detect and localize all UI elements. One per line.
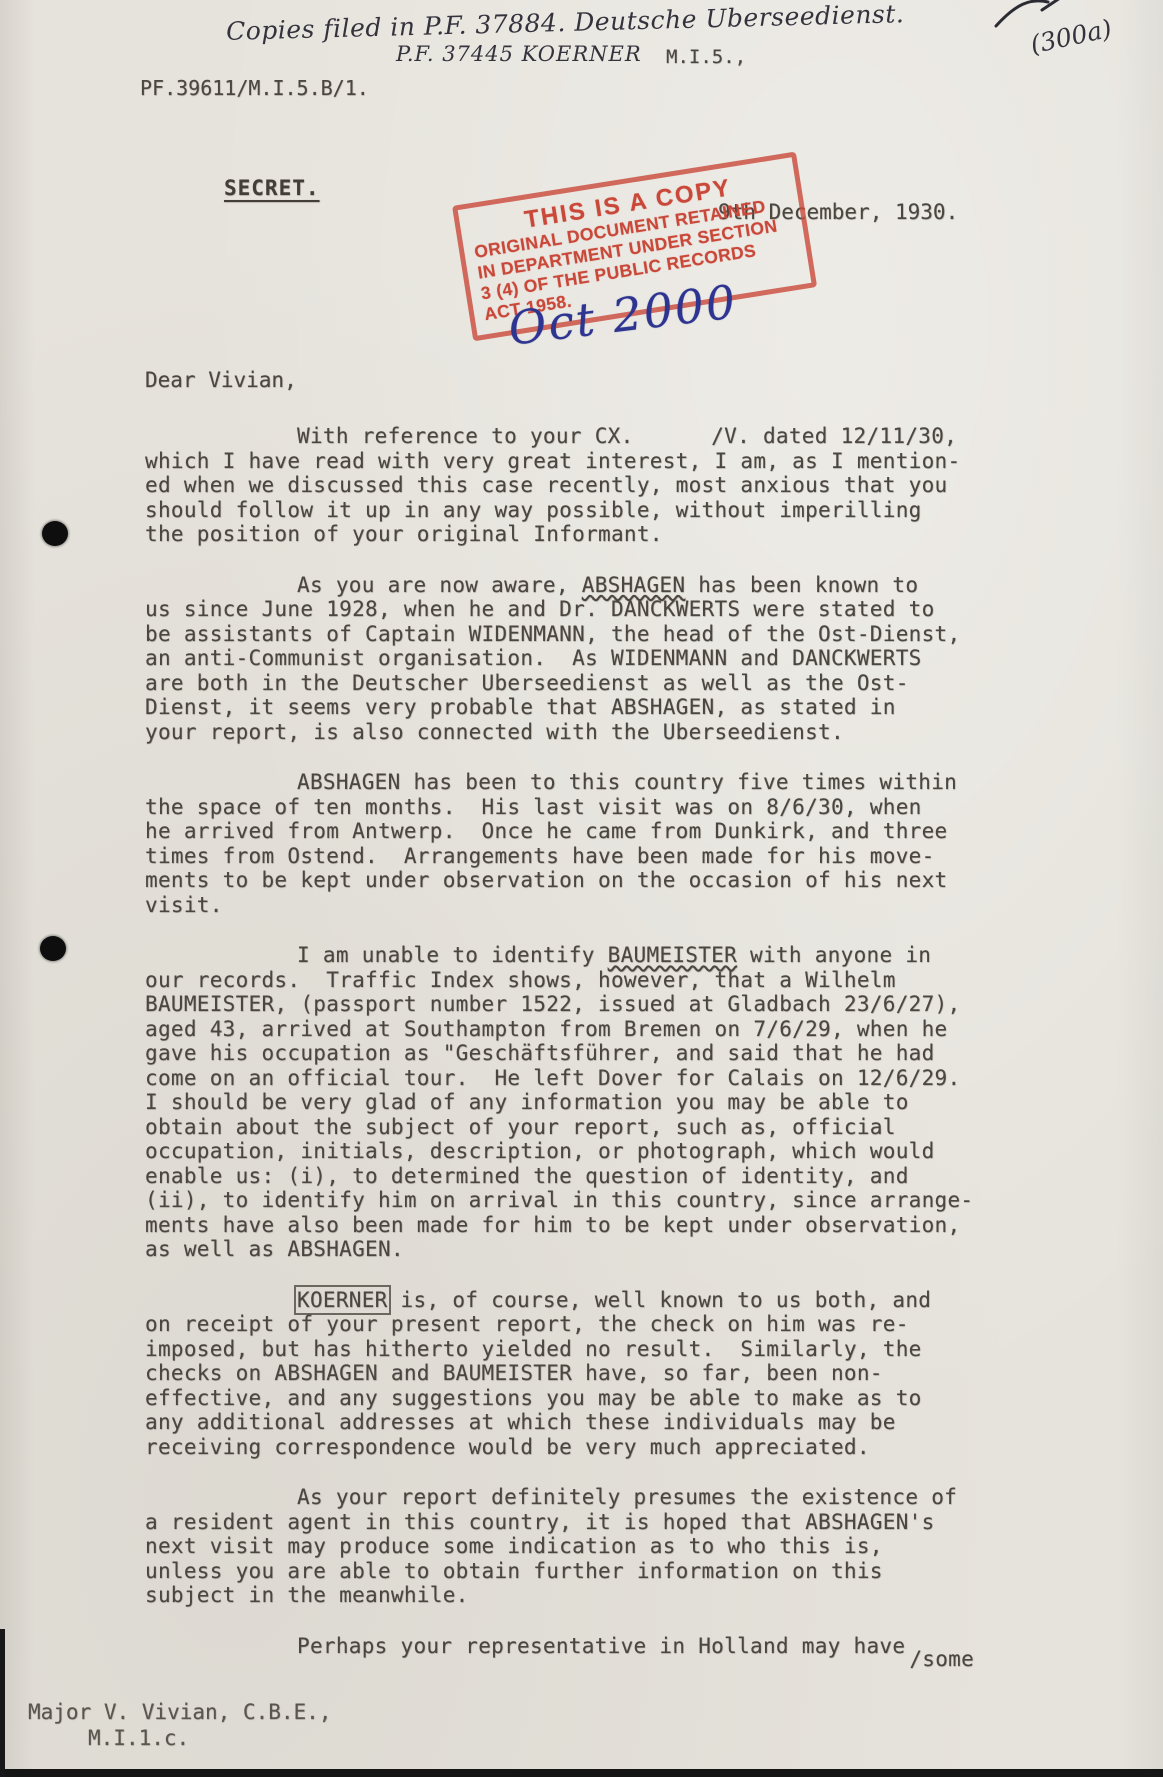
paragraph-line: he arrived from Antwerp. Once he came fr… — [145, 819, 1015, 844]
paragraph: ABSHAGEN has been to this country five t… — [145, 770, 1015, 917]
paragraph-line: which I have read with very great intere… — [145, 449, 1015, 474]
paragraph-line: the space of ten months. His last visit … — [145, 795, 1015, 820]
paragraph-line: KOERNER is, of course, well known to us … — [145, 1288, 1015, 1313]
paragraph-line: an anti-Communist organisation. As WIDEN… — [145, 646, 1015, 671]
paragraph-line: Dienst, it seems very probable that ABSH… — [145, 695, 1015, 720]
paragraph: Perhaps your representative in Holland m… — [145, 1634, 1015, 1659]
paragraph-line: times from Ostend. Arrangements have bee… — [145, 844, 1015, 869]
handwritten-filing-note-2: P.F. 37445 KOERNER — [396, 42, 642, 66]
paragraph-line: ABSHAGEN has been to this country five t… — [145, 770, 1015, 795]
paragraph-line: as well as ABSHAGEN. — [145, 1237, 1015, 1262]
paragraph-line: come on an official tour. He left Dover … — [145, 1066, 1015, 1091]
paragraph: KOERNER is, of course, well known to us … — [145, 1288, 1015, 1460]
paragraph-line: subject in the meanwhile. — [145, 1583, 1015, 1608]
boxed-name: KOERNER — [297, 1288, 388, 1312]
paragraph-line: obtain about the subject of your report,… — [145, 1115, 1015, 1140]
paragraph-line: With reference to your CX. /V. dated 12/… — [145, 424, 1015, 449]
paragraph-line: ments have also been made for him to be … — [145, 1213, 1015, 1238]
hole-punch — [40, 936, 66, 961]
paragraph-line: enable us: (i), to determined the questi… — [145, 1164, 1015, 1189]
paragraph-line: a resident agent in this country, it is … — [145, 1510, 1015, 1535]
org-abbreviation: M.I.5., — [666, 46, 746, 68]
paragraph: As you are now aware, ABSHAGEN has been … — [145, 573, 1015, 745]
paragraph-line: any additional addresses at which these … — [145, 1410, 1015, 1435]
classification-marking: SECRET. — [224, 176, 320, 200]
paragraph-line: receiving correspondence would be very m… — [145, 1435, 1015, 1460]
paragraph-line: As your report definitely presumes the e… — [145, 1485, 1015, 1510]
paragraph: As your report definitely presumes the e… — [145, 1485, 1015, 1608]
underlined-name: ABSHAGEN — [582, 573, 686, 597]
document-page: Copies filed in P.F. 37884. Deutsche Ube… — [0, 0, 1163, 1777]
paragraph-line: checks on ABSHAGEN and BAUMEISTER have, … — [145, 1361, 1015, 1386]
paragraph-line: effective, and any suggestions you may b… — [145, 1386, 1015, 1411]
underlined-name: BAUMEISTER — [608, 943, 737, 967]
paragraph-line: occupation, initials, description, or ph… — [145, 1139, 1015, 1164]
catchword: /some — [909, 1647, 974, 1671]
letter-body: With reference to your CX. /V. dated 12/… — [145, 424, 1015, 1684]
hole-punch — [42, 521, 68, 546]
paragraph-line: visit. — [145, 893, 1015, 918]
paragraph-line: on receipt of your present report, the c… — [145, 1312, 1015, 1337]
paragraph-line: should follow it up in any way possible,… — [145, 498, 1015, 523]
paragraph-line: I am unable to identify BAUMEISTER with … — [145, 943, 1015, 968]
paragraph-line: be assistants of Captain WIDENMANN, the … — [145, 622, 1015, 647]
scan-edge-left — [0, 1629, 5, 1777]
paragraph-line: next visit may produce some indication a… — [145, 1534, 1015, 1559]
salutation: Dear Vivian, — [145, 368, 297, 392]
paragraph-line: imposed, but has hitherto yielded no res… — [145, 1337, 1015, 1362]
paragraph-line: our records. Traffic Index shows, howeve… — [145, 968, 1015, 993]
paragraph-line: ments to be kept under observation on th… — [145, 868, 1015, 893]
paragraph-line: the position of your original Informant. — [145, 522, 1015, 547]
paragraph-line: aged 43, arrived at Southampton from Bre… — [145, 1017, 1015, 1042]
addressee-unit: M.I.1.c. — [88, 1726, 189, 1750]
paragraph: With reference to your CX. /V. dated 12/… — [145, 424, 1015, 547]
paragraph-line: unless you are able to obtain further in… — [145, 1559, 1015, 1584]
paragraph-line: are both in the Deutscher Uberseedienst … — [145, 671, 1015, 696]
paragraph-line: your report, is also connected with the … — [145, 720, 1015, 745]
scan-edge-bottom — [0, 1769, 1163, 1777]
paragraph: I am unable to identify BAUMEISTER with … — [145, 943, 1015, 1262]
paragraph-line: gave his occupation as "Geschäftsführer,… — [145, 1041, 1015, 1066]
addressee-name: Major V. Vivian, C.B.E., — [28, 1700, 331, 1724]
paragraph-line: As you are now aware, ABSHAGEN has been … — [145, 573, 1015, 598]
paragraph-line: I should be very glad of any information… — [145, 1090, 1015, 1115]
file-reference: PF.39611/M.I.5.B/1. — [140, 76, 369, 100]
paragraph-line: Perhaps your representative in Holland m… — [145, 1634, 1015, 1659]
paragraph-line: BAUMEISTER, (passport number 1522, issue… — [145, 992, 1015, 1017]
paragraph-line: (ii), to identify him on arrival in this… — [145, 1188, 1015, 1213]
paragraph-line: us since June 1928, when he and Dr. DANC… — [145, 597, 1015, 622]
paragraph-line: ed when we discussed this case recently,… — [145, 473, 1015, 498]
handwritten-filing-note: Copies filed in P.F. 37884. Deutsche Ube… — [226, 0, 905, 46]
